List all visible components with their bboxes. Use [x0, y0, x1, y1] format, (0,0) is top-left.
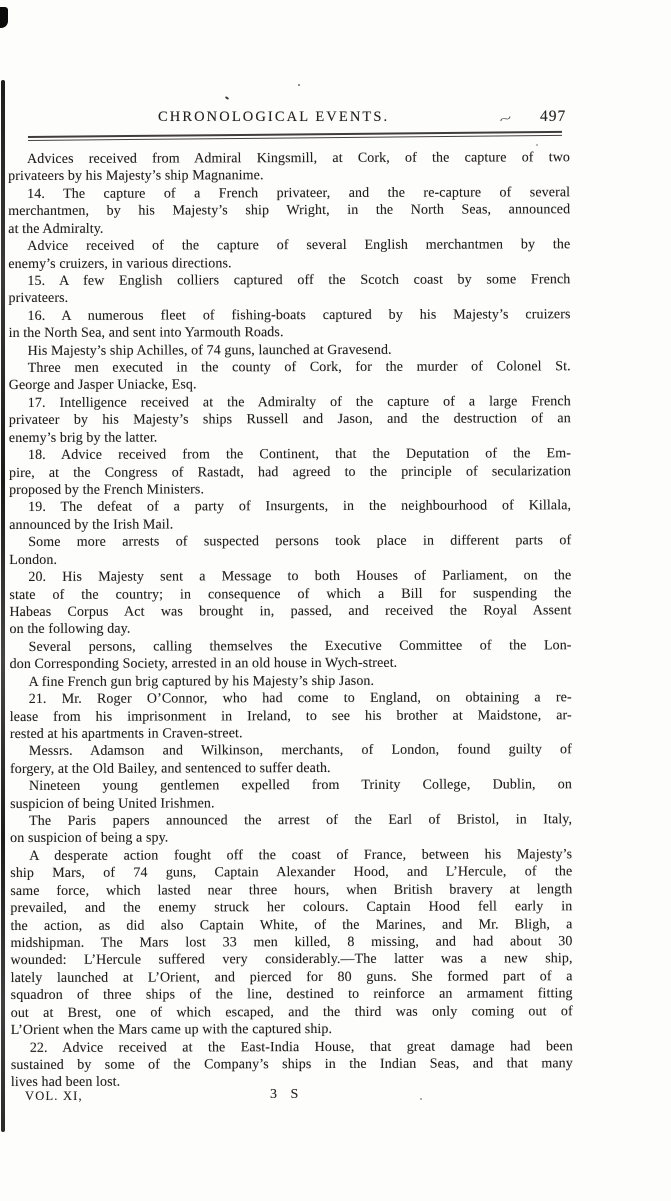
text-line: same force, which lasted near three hour…	[10, 881, 572, 900]
text-line: the action, as did also Captain White, o…	[10, 916, 572, 935]
text-line: 17. Intelligence received at the Admiral…	[9, 393, 571, 412]
text-line: Several persons, calling themselves the …	[10, 637, 572, 656]
text-line: Nineteen young gentlemen expelled from T…	[10, 776, 572, 795]
paragraph: A fine French gun brig captured by his M…	[10, 672, 572, 691]
text-line: The Paris papers announced the arrest of…	[10, 811, 572, 830]
text-line: 15. A few English colliers captured off …	[8, 271, 570, 290]
text-line: 20. His Majesty sent a Message to both H…	[9, 567, 571, 586]
text-line: Some more arrests of suspected persons t…	[9, 533, 571, 552]
scan-gutter-shadow	[1, 80, 5, 1132]
paragraph: The Paris papers announced the arrest of…	[10, 811, 572, 848]
pen-mark: ~	[498, 110, 513, 128]
text-line: 22. Advice received at the East-India Ho…	[11, 1038, 573, 1057]
text-line: 14. The capture of a French privateer, a…	[8, 184, 570, 203]
paragraph: 17. Intelligence received at the Admiral…	[9, 393, 571, 447]
text-line: at the Admiralty.	[8, 219, 570, 238]
text-line: state of the country; in consequence of …	[9, 585, 571, 604]
text-line: Advices received from Admiral Kingsmill,…	[8, 149, 570, 168]
text-line: proposed by the French Ministers.	[9, 480, 571, 499]
text-line: L’Orient when the Mars came up with the …	[11, 1020, 573, 1039]
text-line: privateers.	[8, 289, 570, 308]
text-line: wounded: L’Hercule suffered very conside…	[11, 951, 573, 970]
text-line: 18. Advice received from the Continent, …	[9, 445, 571, 464]
paragraph: 22. Advice received at the East-India Ho…	[11, 1038, 573, 1092]
page-number: 497	[540, 108, 566, 126]
text-line: announced by the Irish Mail.	[9, 515, 571, 534]
text-line: 19. The defeat of a party of Insurgents,…	[9, 498, 571, 517]
text-line: in the North Sea, and sent into Yarmouth…	[9, 323, 571, 342]
text-line: privateers by his Majesty’s ship Magnani…	[8, 167, 570, 186]
text-line: rested at his apartments in Craven-stree…	[10, 724, 572, 743]
text-line: lately launched at L’Orient, and pierced…	[11, 968, 573, 987]
text-line: 16. A numerous fleet of fishing-boats ca…	[8, 306, 570, 325]
text-line: ship Mars, of 74 guns, Captain Alexander…	[10, 864, 572, 883]
text-line: suspicion of being United Irishmen.	[10, 794, 572, 813]
text-line: Advice received of the capture of severa…	[8, 236, 570, 255]
text-line: pire, at the Congress of Rastadt, had ag…	[9, 463, 571, 482]
text-line: A desperate action fought off the coast …	[10, 846, 572, 865]
text-line: 21. Mr. Roger O’Connor, who had come to …	[10, 689, 572, 708]
paragraph: 20. His Majesty sent a Message to both H…	[9, 567, 571, 638]
paragraph: Some more arrests of suspected persons t…	[9, 533, 571, 570]
text-block: Advices received from Admiral Kingsmill,…	[8, 149, 573, 1092]
text-line: midshipman. The Mars lost 33 men killed,…	[10, 933, 572, 952]
text-line: Habeas Corpus Act was brought in, passed…	[9, 602, 571, 621]
scan-corner-mark	[0, 7, 8, 28]
text-line: on the following day.	[9, 620, 571, 639]
text-line: A fine French gun brig captured by his M…	[10, 672, 572, 691]
paragraph: A desperate action fought off the coast …	[10, 846, 573, 1039]
text-line: enemy’s cruizers, in various directions.	[8, 254, 570, 273]
text-line: Messrs. Adamson and Wilkinson, merchants…	[10, 742, 572, 761]
page-title: CHRONOLOGICAL EVENTS.	[158, 109, 389, 126]
scan-speck	[536, 144, 538, 146]
text-line: forgery, at the Old Bailey, and sentence…	[10, 759, 572, 778]
paragraph: Three men executed in the county of Cork…	[9, 358, 571, 395]
paragraph: Nineteen young gentlemen expelled from T…	[10, 776, 572, 813]
header-double-rule	[28, 131, 562, 141]
text-line: George and Jasper Uniacke, Esq.	[9, 376, 571, 395]
signature-mark: 3 S	[270, 1087, 303, 1103]
paragraph: Messrs. Adamson and Wilkinson, merchants…	[10, 742, 572, 779]
paragraph: 18. Advice received from the Continent, …	[9, 445, 571, 499]
paragraph: His Majesty’s ship Achilles, of 74 guns,…	[9, 341, 571, 360]
text-line: sustained by some of the Company’s ships…	[11, 1055, 573, 1074]
volume-label: VOL. XI,	[25, 1089, 83, 1104]
scan-speck	[298, 84, 300, 86]
paragraph: Advice received of the capture of severa…	[8, 236, 570, 273]
text-line: Three men executed in the county of Cork…	[9, 358, 571, 377]
scan-speck	[225, 96, 229, 100]
paragraph: 14. The capture of a French privateer, a…	[8, 184, 570, 238]
text-line: privateer by his Majesty’s ships Russell…	[9, 411, 571, 430]
text-line: lease from his imprisonment in Ireland, …	[10, 707, 572, 726]
text-line: don Corresponding Society, arrested in a…	[10, 654, 572, 673]
paragraph: 15. A few English colliers captured off …	[8, 271, 570, 308]
paragraph: Advices received from Admiral Kingsmill,…	[8, 149, 570, 186]
scan-speck	[420, 1098, 422, 1100]
text-line: London.	[9, 550, 571, 569]
text-line: prevailed, and the enemy struck her colo…	[10, 898, 572, 917]
text-line: merchantmen, by his Majesty’s ship Wrigh…	[8, 201, 570, 220]
paragraph: 19. The defeat of a party of Insurgents,…	[9, 498, 571, 535]
text-line: on suspicion of being a spy.	[10, 829, 572, 848]
paragraph: Several persons, calling themselves the …	[10, 637, 572, 674]
text-line: enemy’s brig by the latter.	[9, 428, 571, 447]
paragraph: 21. Mr. Roger O’Connor, who had come to …	[10, 689, 572, 743]
text-line: His Majesty’s ship Achilles, of 74 guns,…	[9, 341, 571, 360]
text-line: out at Brest, one of which escaped, and …	[11, 1003, 573, 1022]
paragraph: 16. A numerous fleet of fishing-boats ca…	[8, 306, 570, 343]
text-line: squadron of three ships of the line, des…	[11, 985, 573, 1004]
